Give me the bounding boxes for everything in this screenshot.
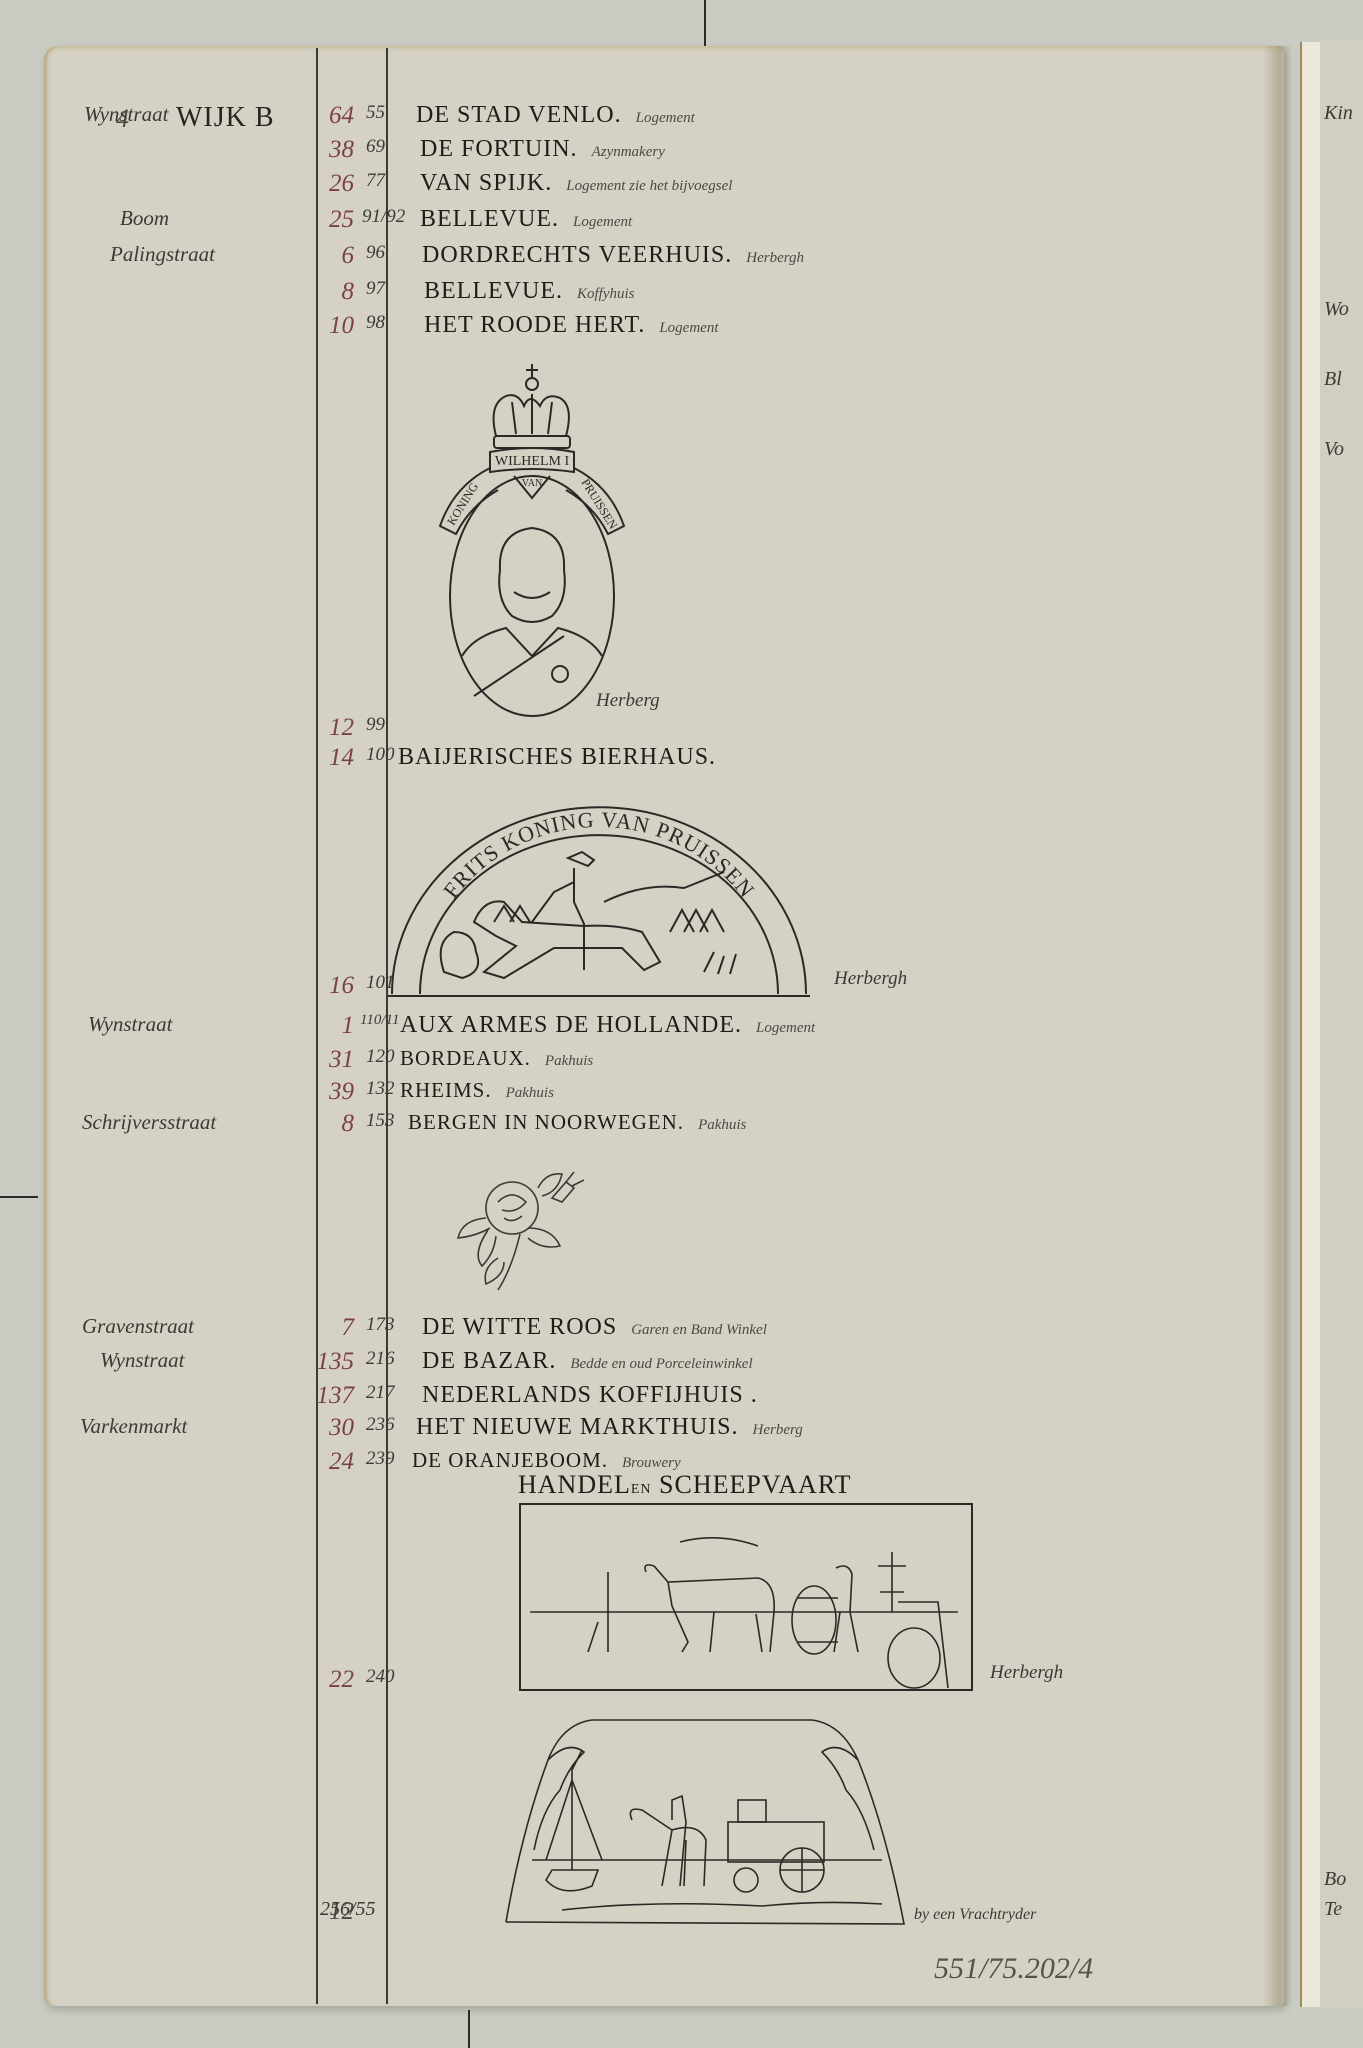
- register-entry: Palingstraat 6 96 DORDRECHTS VEERHUIS.He…: [44, 242, 1284, 272]
- house-number: 25: [284, 206, 354, 234]
- frame-tick-bottom: [468, 2010, 470, 2048]
- house-number: 137: [284, 1382, 354, 1410]
- wilhelm-medallion-illustration: WILHELM I KONING VAN PRUISSEN: [414, 356, 654, 726]
- street-name: Schrijversstraat: [82, 1110, 216, 1135]
- register-number: 256/55: [320, 1898, 376, 1921]
- house-number: 24: [284, 1448, 354, 1476]
- establishment-name: DE FORTUIN.Azynmakery: [420, 136, 665, 163]
- register-number: 239: [366, 1448, 395, 1470]
- register-page: 4 WIJK B Wynstraat 64 55 DE STAD VENLO.L…: [44, 46, 1284, 2006]
- establishment-name: NEDERLANDS KOFFIJHUIS .: [422, 1382, 758, 1409]
- house-number: 26: [284, 170, 354, 198]
- register-entry: 22 240: [44, 1666, 1284, 1696]
- establishment-type: Logement: [636, 110, 695, 126]
- frame-tick-left: [0, 1196, 38, 1198]
- house-number: 8: [284, 1110, 354, 1138]
- establishment-type: Logement: [756, 1020, 815, 1036]
- house-number: 12: [284, 714, 354, 742]
- street-name: Boom: [120, 206, 169, 231]
- establishment-name: BORDEAUX.Pakhuis: [400, 1046, 593, 1071]
- register-number: 55: [366, 102, 385, 124]
- register-entry: Schrijversstraat 8 153 BERGEN IN NOORWEG…: [44, 1110, 1284, 1140]
- horse-cart-and-boat-scene-icon: [502, 1710, 912, 1930]
- establishment-name: AUX ARMES DE HOLLANDE.Logement: [400, 1012, 815, 1039]
- street-name: Wynstraat: [88, 1012, 172, 1037]
- register-entry: Boom 25 91/92 BELLEVUE.Logement: [44, 206, 1284, 236]
- next-page-text: Te: [1324, 1898, 1342, 1921]
- establishment-type: Azynmakery: [592, 144, 665, 160]
- next-page-text: Vo: [1324, 438, 1344, 461]
- archive-reference: 551/75.202/4: [934, 1952, 1093, 1986]
- establishment-name: DE BAZAR.Bedde en oud Porceleinwinkel: [422, 1348, 753, 1375]
- house-number: 14: [284, 744, 354, 772]
- establishment-type: Garen en Band Winkel: [631, 1322, 767, 1338]
- establishment-name: DORDRECHTS VEERHUIS.Herbergh: [422, 242, 804, 269]
- establishment-name: HET NIEUWE MARKTHUIS.Herberg: [416, 1414, 803, 1441]
- register-entry: 26 77 VAN SPIJK.Logement zie het bijvoeg…: [44, 170, 1284, 200]
- house-number: 31: [284, 1046, 354, 1074]
- house-number: 22: [284, 1666, 354, 1694]
- illustration-title: HANDELEN SCHEEPVAART: [518, 1470, 852, 1500]
- establishment-type: Logement zie het bijvoegsel: [566, 178, 732, 194]
- house-number: 30: [284, 1414, 354, 1442]
- register-entry: Wynstraat 64 55 DE STAD VENLO.Logement: [44, 102, 1284, 132]
- house-number: 39: [284, 1078, 354, 1106]
- street-name: Wynstraat: [100, 1348, 184, 1373]
- establishment-name: BELLEVUE.Koffyhuis: [424, 278, 635, 305]
- register-entry: 8 97 BELLEVUE.Koffyhuis: [44, 278, 1284, 308]
- frame-tick-top: [704, 0, 706, 50]
- establishment-type: Pakhuis: [698, 1117, 746, 1133]
- register-entry: 16 101: [44, 972, 1284, 1002]
- establishment-type: Logement: [573, 214, 632, 230]
- establishment-name: DE STAD VENLO.Logement: [416, 102, 695, 129]
- house-number: 8: [284, 278, 354, 306]
- register-number: 240: [366, 1666, 395, 1688]
- register-number: 96: [366, 242, 385, 264]
- establishment-name: DE WITTE ROOSGaren en Band Winkel: [422, 1314, 767, 1341]
- register-number: 101: [366, 972, 395, 994]
- establishment-type: Bedde en oud Porceleinwinkel: [570, 1356, 752, 1372]
- register-entry: 38 69 DE FORTUIN.Azynmakery: [44, 136, 1284, 166]
- register-number: 132: [366, 1078, 395, 1100]
- next-page-text: Wo: [1324, 298, 1349, 321]
- street-name: Varkenmarkt: [80, 1414, 187, 1439]
- establishment-type: Pakhuis: [545, 1053, 593, 1069]
- street-name: Gravenstraat: [82, 1314, 194, 1339]
- establishment-type: Koffyhuis: [577, 286, 635, 302]
- register-number: 69: [366, 136, 385, 158]
- register-number: 236: [366, 1414, 395, 1436]
- svg-text:WILHELM I: WILHELM I: [495, 454, 570, 469]
- register-number: 91/92: [362, 206, 405, 228]
- establishment-type: Logement: [659, 320, 718, 336]
- street-name: Wynstraat: [84, 102, 168, 127]
- establishment-name: BERGEN IN NOORWEGEN.Pakhuis: [408, 1110, 746, 1135]
- register-number: 99: [366, 714, 385, 736]
- next-page-text: Bl: [1324, 368, 1342, 391]
- register-entry: Gravenstraat 7 173 DE WITTE ROOSGaren en…: [44, 1314, 1284, 1344]
- establishment-name: VAN SPIJK.Logement zie het bijvoegsel: [420, 170, 732, 197]
- svg-text:VAN: VAN: [522, 478, 542, 489]
- register-number: 120: [366, 1046, 395, 1068]
- rose-icon: [442, 1158, 592, 1298]
- establishment-name: BELLEVUE.Logement: [420, 206, 632, 233]
- establishment-type: Herbergh: [746, 250, 804, 266]
- register-entry: 14 100 BAIJERISCHES BIERHAUS.: [44, 744, 1284, 774]
- spine-shadow: [1262, 46, 1292, 2006]
- register-number: 153: [366, 1110, 395, 1132]
- register-number: 100: [366, 744, 395, 766]
- house-number: 1: [284, 1012, 354, 1040]
- register-entry: 137 217 NEDERLANDS KOFFIJHUIS .: [44, 1382, 1284, 1412]
- establishment-type: Herberg: [753, 1422, 803, 1438]
- next-page-text: Kin: [1324, 102, 1353, 125]
- next-page-text: Bo: [1324, 1868, 1346, 1891]
- house-number: 135: [284, 1348, 354, 1376]
- establishment-name: RHEIMS.Pakhuis: [400, 1078, 554, 1103]
- house-number: 16: [284, 972, 354, 1000]
- next-page-fragment: Kin Wo Bl Vo Bo Te: [1318, 40, 1363, 2008]
- house-number: 38: [284, 136, 354, 164]
- street-name: Palingstraat: [110, 242, 215, 267]
- establishment-type: Brouwery: [622, 1455, 681, 1471]
- register-entry: 39 132 RHEIMS.Pakhuis: [44, 1078, 1284, 1108]
- vrachtryder-illustration: [502, 1710, 912, 1930]
- establishment-name: HET ROODE HERT.Logement: [424, 312, 719, 339]
- illustration-caption: Herberg: [596, 690, 660, 712]
- register-entry: Wynstraat 135 216 DE BAZAR.Bedde en oud …: [44, 1348, 1284, 1378]
- crowned-portrait-medallion-icon: WILHELM I KONING VAN PRUISSEN: [414, 356, 654, 726]
- svg-text:FRITS KONING VAN PRUISSEN: FRITS KONING VAN PRUISSEN: [438, 807, 760, 903]
- register-entry: 12 99: [44, 714, 1284, 744]
- register-entry: 10 98 HET ROODE HERT.Logement: [44, 312, 1284, 342]
- register-entry: 12 256/55: [44, 1898, 1284, 1928]
- register-number: 77: [366, 170, 385, 192]
- register-number: 217: [366, 1382, 395, 1404]
- register-number: 216: [366, 1348, 395, 1370]
- page-edge: [1300, 42, 1320, 2007]
- establishment-name: BAIJERISCHES BIERHAUS.: [398, 744, 716, 771]
- house-number: 7: [284, 1314, 354, 1342]
- house-number: 6: [284, 242, 354, 270]
- establishment-type: Pakhuis: [506, 1085, 554, 1101]
- register-entry: Varkenmarkt 30 236 HET NIEUWE MARKTHUIS.…: [44, 1414, 1284, 1444]
- house-number: 64: [284, 102, 354, 130]
- rose-illustration: [442, 1158, 592, 1298]
- register-number: 173: [366, 1314, 395, 1336]
- house-number: 10: [284, 312, 354, 340]
- register-entry: Wynstraat 1 110/11 AUX ARMES DE HOLLANDE…: [44, 1012, 1284, 1042]
- register-number: 97: [366, 278, 385, 300]
- register-number: 110/11: [360, 1012, 399, 1029]
- register-entry: 31 120 BORDEAUX.Pakhuis: [44, 1046, 1284, 1076]
- register-number: 98: [366, 312, 385, 334]
